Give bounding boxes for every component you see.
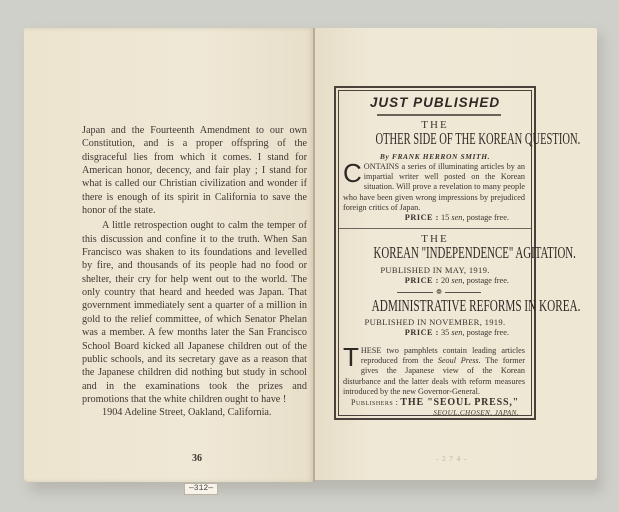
- dropcap: C: [343, 162, 362, 184]
- left-page-body: Japan and the Fourteenth Amendment to ou…: [82, 124, 307, 420]
- section-divider: [339, 228, 531, 229]
- book1-price: PRICE : 15 sen, postage free.: [339, 213, 531, 222]
- faint-page-mark: - 2 7 4 -: [436, 455, 467, 463]
- book3-title: ADMINISTRATIVE REFORMS IN KOREA.: [372, 296, 499, 316]
- publishers-label: Publishers :: [351, 398, 398, 407]
- book3-publication-date: PUBLISHED IN NOVEMBER, 1919.: [339, 317, 531, 327]
- book1-description: CONTAINS a series of illuminating articl…: [343, 162, 525, 213]
- book1-title: OTHER SIDE OF THE KOREAN QUESTION.: [375, 129, 494, 149]
- banner-heading: JUST PUBLISHED: [339, 95, 531, 110]
- archive-stamp: —312—: [184, 483, 218, 495]
- book3-price: PRICE : 35 sen, postage free.: [339, 328, 531, 337]
- advertisement-inner-border: JUST PUBLISHED THE OTHER SIDE OF THE KOR…: [338, 90, 532, 416]
- publisher-name: THE "SEOUL PRESS,": [400, 397, 519, 408]
- dropcap: T: [343, 346, 359, 368]
- book2-price: PRICE : 20 sen, postage free.: [339, 276, 531, 285]
- paragraph: Japan and the Fourteenth Amendment to ou…: [82, 124, 307, 217]
- publication-name: Seoul Press.: [438, 356, 481, 365]
- author-address: 1904 Adeline Street, Oakland, California…: [82, 406, 307, 419]
- ornament-divider: ❁: [397, 288, 481, 296]
- closing-description: THESE two pamphlets contain leading arti…: [343, 346, 525, 397]
- left-page: Japan and the Fourteenth Amendment to ou…: [24, 28, 314, 482]
- book1-byline: By FRANK HERRON SMITH.: [339, 152, 531, 161]
- publisher-location: SEOUL,CHOSEN, JAPAN.: [339, 409, 531, 417]
- paragraph: A little retrospection ought to calm the…: [82, 219, 307, 406]
- book2-title: KOREAN "INDEPENDENCE" AGITATION.: [374, 243, 497, 263]
- banner-underline: [377, 114, 501, 116]
- book2-publication-date: PUBLISHED IN MAY, 1919.: [339, 265, 531, 275]
- page-number: 36: [192, 453, 202, 464]
- publishers-line: Publishers : THE "SEOUL PRESS,": [339, 397, 531, 408]
- advertisement-box: JUST PUBLISHED THE OTHER SIDE OF THE KOR…: [334, 86, 536, 420]
